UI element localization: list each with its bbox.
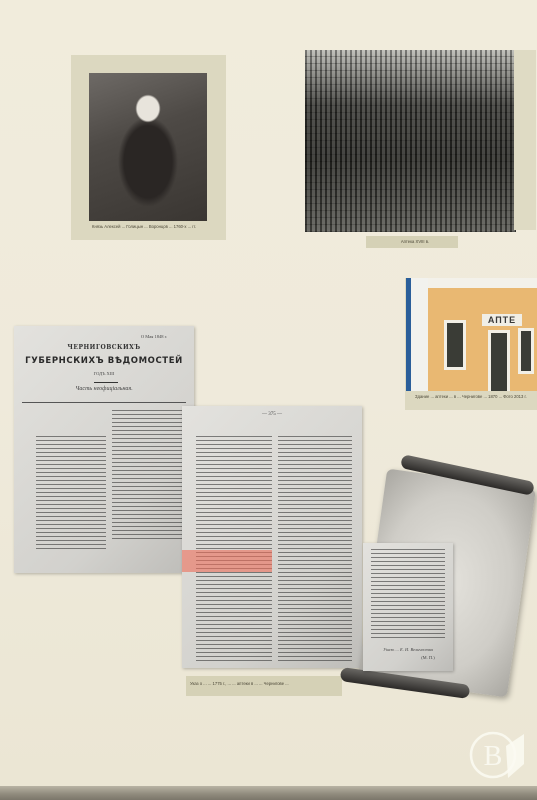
newspaper-section: Часть неофиціальная. — [59, 386, 149, 392]
newspaper-rule — [22, 402, 186, 403]
newspaper-page: О Мая 1848 г. ЧЕРНИГОВСКИХЪ ГУБЕРНСКИХЪ … — [14, 326, 194, 573]
publisher-logo-icon: В — [466, 724, 526, 784]
building-caption: Здание ... аптеки ... в ... Чернигове ..… — [415, 394, 535, 406]
article-caption: Указ о ... ... 1775 г., ... ... аптеки в… — [190, 681, 340, 693]
decree-document: Указъ ... Е. И. Величества (М. П.) — [363, 543, 453, 671]
newspaper-subtitle: ГОДЪ XIII — [74, 371, 134, 376]
article-page: — 375 — — [182, 406, 362, 668]
newspaper-date: О Мая 1848 г. — [124, 334, 184, 339]
engraving-caption: Аптека XVIII в. — [385, 239, 445, 245]
pharmacy-sign: АПТЕ — [482, 314, 522, 326]
newspaper-column-right — [112, 410, 182, 540]
decree-seal-mark: (М. П.) — [413, 655, 443, 660]
article-column-right — [278, 436, 352, 664]
pharmacy-building-photo: АПТЕ — [406, 278, 537, 391]
engraving-side-strip — [514, 50, 536, 230]
pharmacy-engraving — [305, 50, 516, 232]
portrait-caption: Князь Алексей ... Голицын ... Воронцов .… — [92, 224, 204, 236]
newspaper-title-line2: ГУБЕРНСКИХЪ ВѢДОМОСТЕЙ — [14, 356, 194, 366]
decree-signature: Указъ ... Е. И. Величества — [371, 647, 445, 652]
building-door — [488, 330, 510, 391]
highlighted-passage — [182, 550, 272, 572]
decree-text — [371, 549, 445, 641]
newspaper-title-line1: ЧЕРНИГОВСКИХЪ — [34, 344, 174, 351]
building-window — [444, 320, 466, 370]
building-window — [518, 328, 534, 374]
newspaper-rule — [94, 382, 118, 383]
article-page-number: — 375 — — [252, 412, 292, 417]
portrait-photo — [89, 73, 207, 221]
logo-letter: В — [484, 741, 503, 772]
newspaper-column-left — [36, 436, 106, 551]
floor-strip — [0, 786, 537, 800]
